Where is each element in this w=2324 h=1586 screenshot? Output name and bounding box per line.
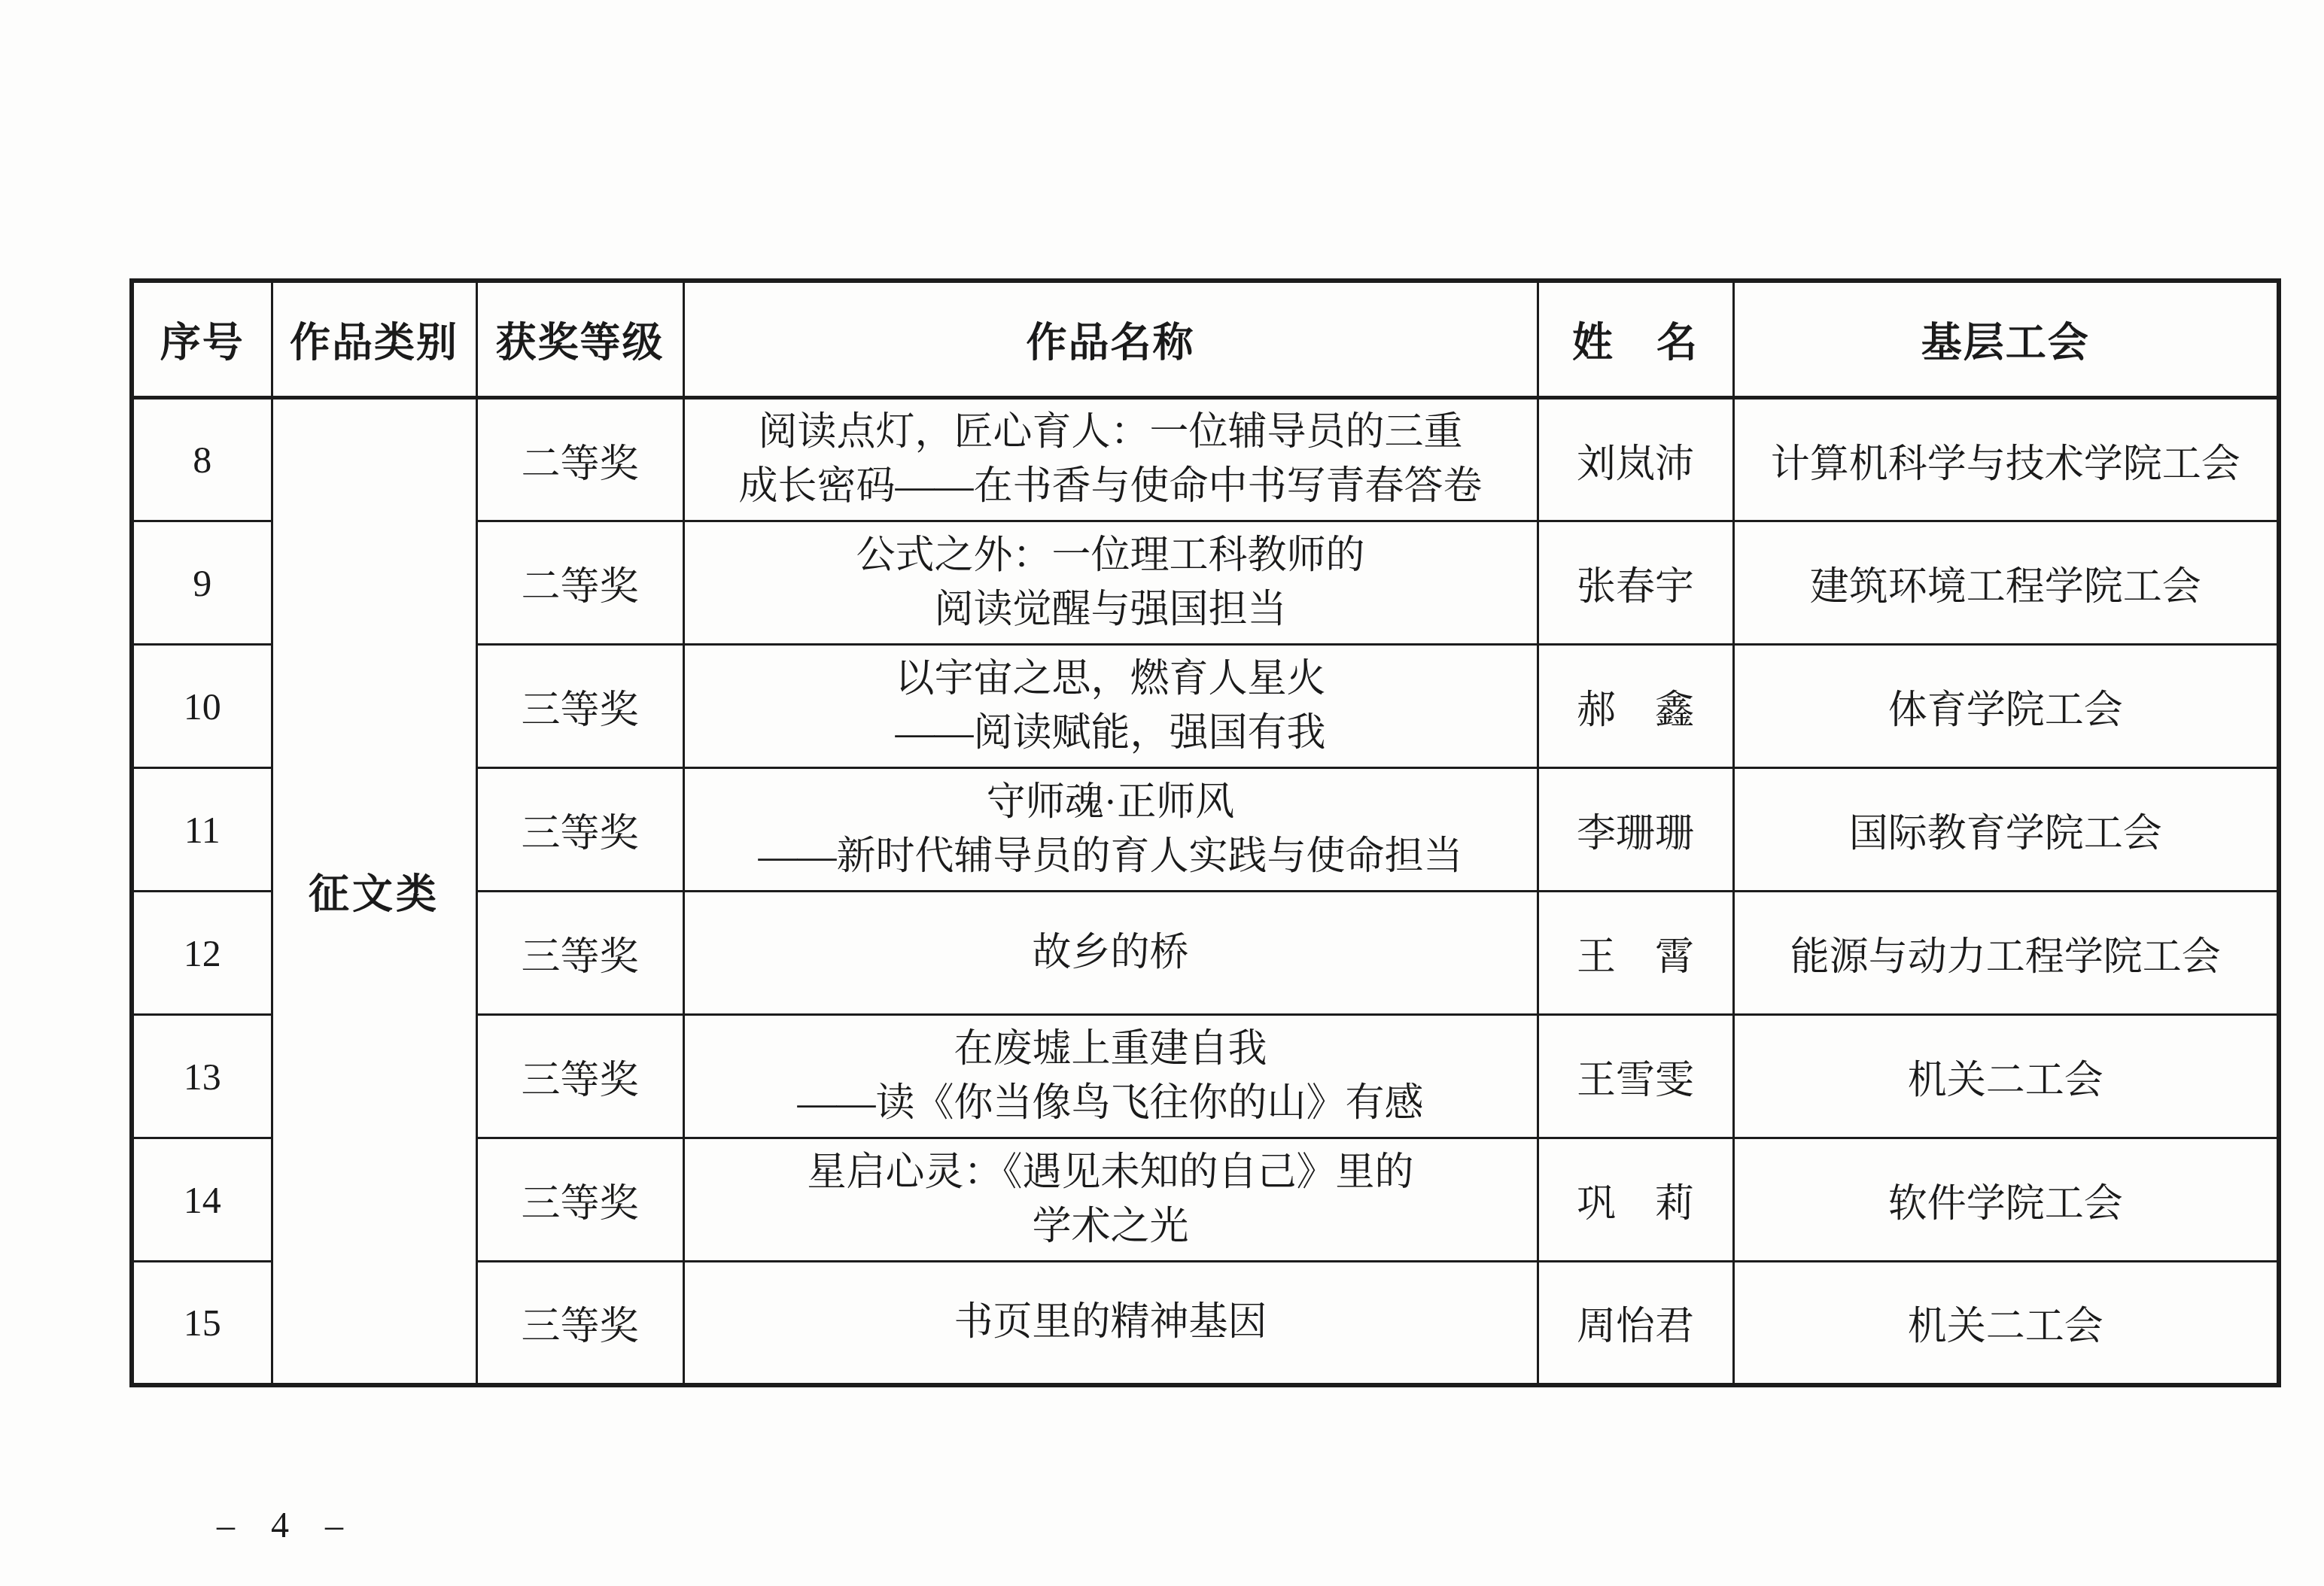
- table-header-row: 序号 作品类别 获奖等级 作品名称 姓 名 基层工会: [132, 281, 2279, 398]
- work-title: 公式之外：一位理工科教师的 阅读觉醒与强国担当: [683, 521, 1538, 645]
- work-title-line-2: ——读《你当像鸟飞往你的山》有感: [692, 1077, 1529, 1131]
- union-name: 计算机科学与技术学院工会: [1733, 398, 2279, 521]
- award-level: 三等奖: [476, 1262, 683, 1385]
- work-title-line-1: 阅读点灯，匠心育人：一位辅导员的三重: [692, 406, 1529, 460]
- award-level: 二等奖: [476, 521, 683, 645]
- col-header-union: 基层工会: [1733, 281, 2279, 398]
- work-title-line-1: 书页里的精神基因: [692, 1296, 1529, 1350]
- work-title: 在废墟上重建自我 ——读《你当像鸟飞往你的山》有感: [683, 1015, 1538, 1138]
- col-header-award: 获奖等级: [476, 281, 683, 398]
- award-level: 二等奖: [476, 398, 683, 521]
- work-title-line-1: 在废墟上重建自我: [692, 1022, 1529, 1077]
- work-title-line-2: 学术之光: [692, 1200, 1529, 1254]
- union-name: 机关二工会: [1733, 1262, 2279, 1385]
- award-level: 三等奖: [476, 768, 683, 892]
- winner-name: 刘岚沛: [1538, 398, 1733, 521]
- union-name: 软件学院工会: [1733, 1138, 2279, 1262]
- work-title: 以宇宙之思，燃育人星火 ——阅读赋能，强国有我: [683, 645, 1538, 768]
- union-name: 国际教育学院工会: [1733, 768, 2279, 892]
- row-index: 14: [132, 1138, 272, 1262]
- work-title: 守师魂·正师风 ——新时代辅导员的育人实践与使命担当: [683, 768, 1538, 892]
- col-header-name: 姓 名: [1538, 281, 1733, 398]
- work-title-line-2: 阅读觉醒与强国担当: [692, 583, 1529, 637]
- winner-name: 王 霄: [1538, 892, 1733, 1015]
- row-index: 9: [132, 521, 272, 645]
- work-title-line-1: 以宇宙之思，燃育人星火: [692, 652, 1529, 706]
- union-name: 体育学院工会: [1733, 645, 2279, 768]
- category-cell: 征文类: [272, 398, 476, 1385]
- union-name: 能源与动力工程学院工会: [1733, 892, 2279, 1015]
- row-index: 8: [132, 398, 272, 521]
- row-index: 13: [132, 1015, 272, 1138]
- award-level: 三等奖: [476, 645, 683, 768]
- row-index: 10: [132, 645, 272, 768]
- table-row: 8 征文类 二等奖 阅读点灯，匠心育人：一位辅导员的三重 成长密码——在书香与使…: [132, 398, 2279, 521]
- winner-name: 郝 鑫: [1538, 645, 1733, 768]
- work-title: 星启心灵：《遇见未知的自己》里的 学术之光: [683, 1138, 1538, 1262]
- document-page: 序号 作品类别 获奖等级 作品名称 姓 名 基层工会 8 征文类 二等奖 阅读点…: [0, 0, 2324, 1586]
- row-index: 12: [132, 892, 272, 1015]
- award-level: 三等奖: [476, 1015, 683, 1138]
- work-title-line-1: 故乡的桥: [692, 926, 1529, 980]
- row-index: 11: [132, 768, 272, 892]
- winner-name: 巩 莉: [1538, 1138, 1733, 1262]
- work-title: 书页里的精神基因: [683, 1262, 1538, 1385]
- row-index: 15: [132, 1262, 272, 1385]
- union-name: 机关二工会: [1733, 1015, 2279, 1138]
- work-title-line-1: 星启心灵：《遇见未知的自己》里的: [692, 1146, 1529, 1200]
- union-name: 建筑环境工程学院工会: [1733, 521, 2279, 645]
- winner-name: 李珊珊: [1538, 768, 1733, 892]
- work-title-line-2: 成长密码——在书香与使命中书写青春答卷: [692, 460, 1529, 514]
- award-level: 三等奖: [476, 892, 683, 1015]
- work-title: 故乡的桥: [683, 892, 1538, 1015]
- col-header-title: 作品名称: [683, 281, 1538, 398]
- awards-table: 序号 作品类别 获奖等级 作品名称 姓 名 基层工会 8 征文类 二等奖 阅读点…: [129, 278, 2281, 1387]
- work-title-line-2: ——新时代辅导员的育人实践与使命担当: [692, 830, 1529, 884]
- winner-name: 张春宇: [1538, 521, 1733, 645]
- work-title: 阅读点灯，匠心育人：一位辅导员的三重 成长密码——在书香与使命中书写青春答卷: [683, 398, 1538, 521]
- winner-name: 王雪雯: [1538, 1015, 1733, 1138]
- award-level: 三等奖: [476, 1138, 683, 1262]
- work-title-line-2: ——阅读赋能，强国有我: [692, 706, 1529, 761]
- col-header-index: 序号: [132, 281, 272, 398]
- winner-name: 周怡君: [1538, 1262, 1733, 1385]
- col-header-category: 作品类别: [272, 281, 476, 398]
- work-title-line-1: 公式之外：一位理工科教师的: [692, 529, 1529, 583]
- page-number: – 4 –: [217, 1505, 357, 1546]
- work-title-line-1: 守师魂·正师风: [692, 776, 1529, 830]
